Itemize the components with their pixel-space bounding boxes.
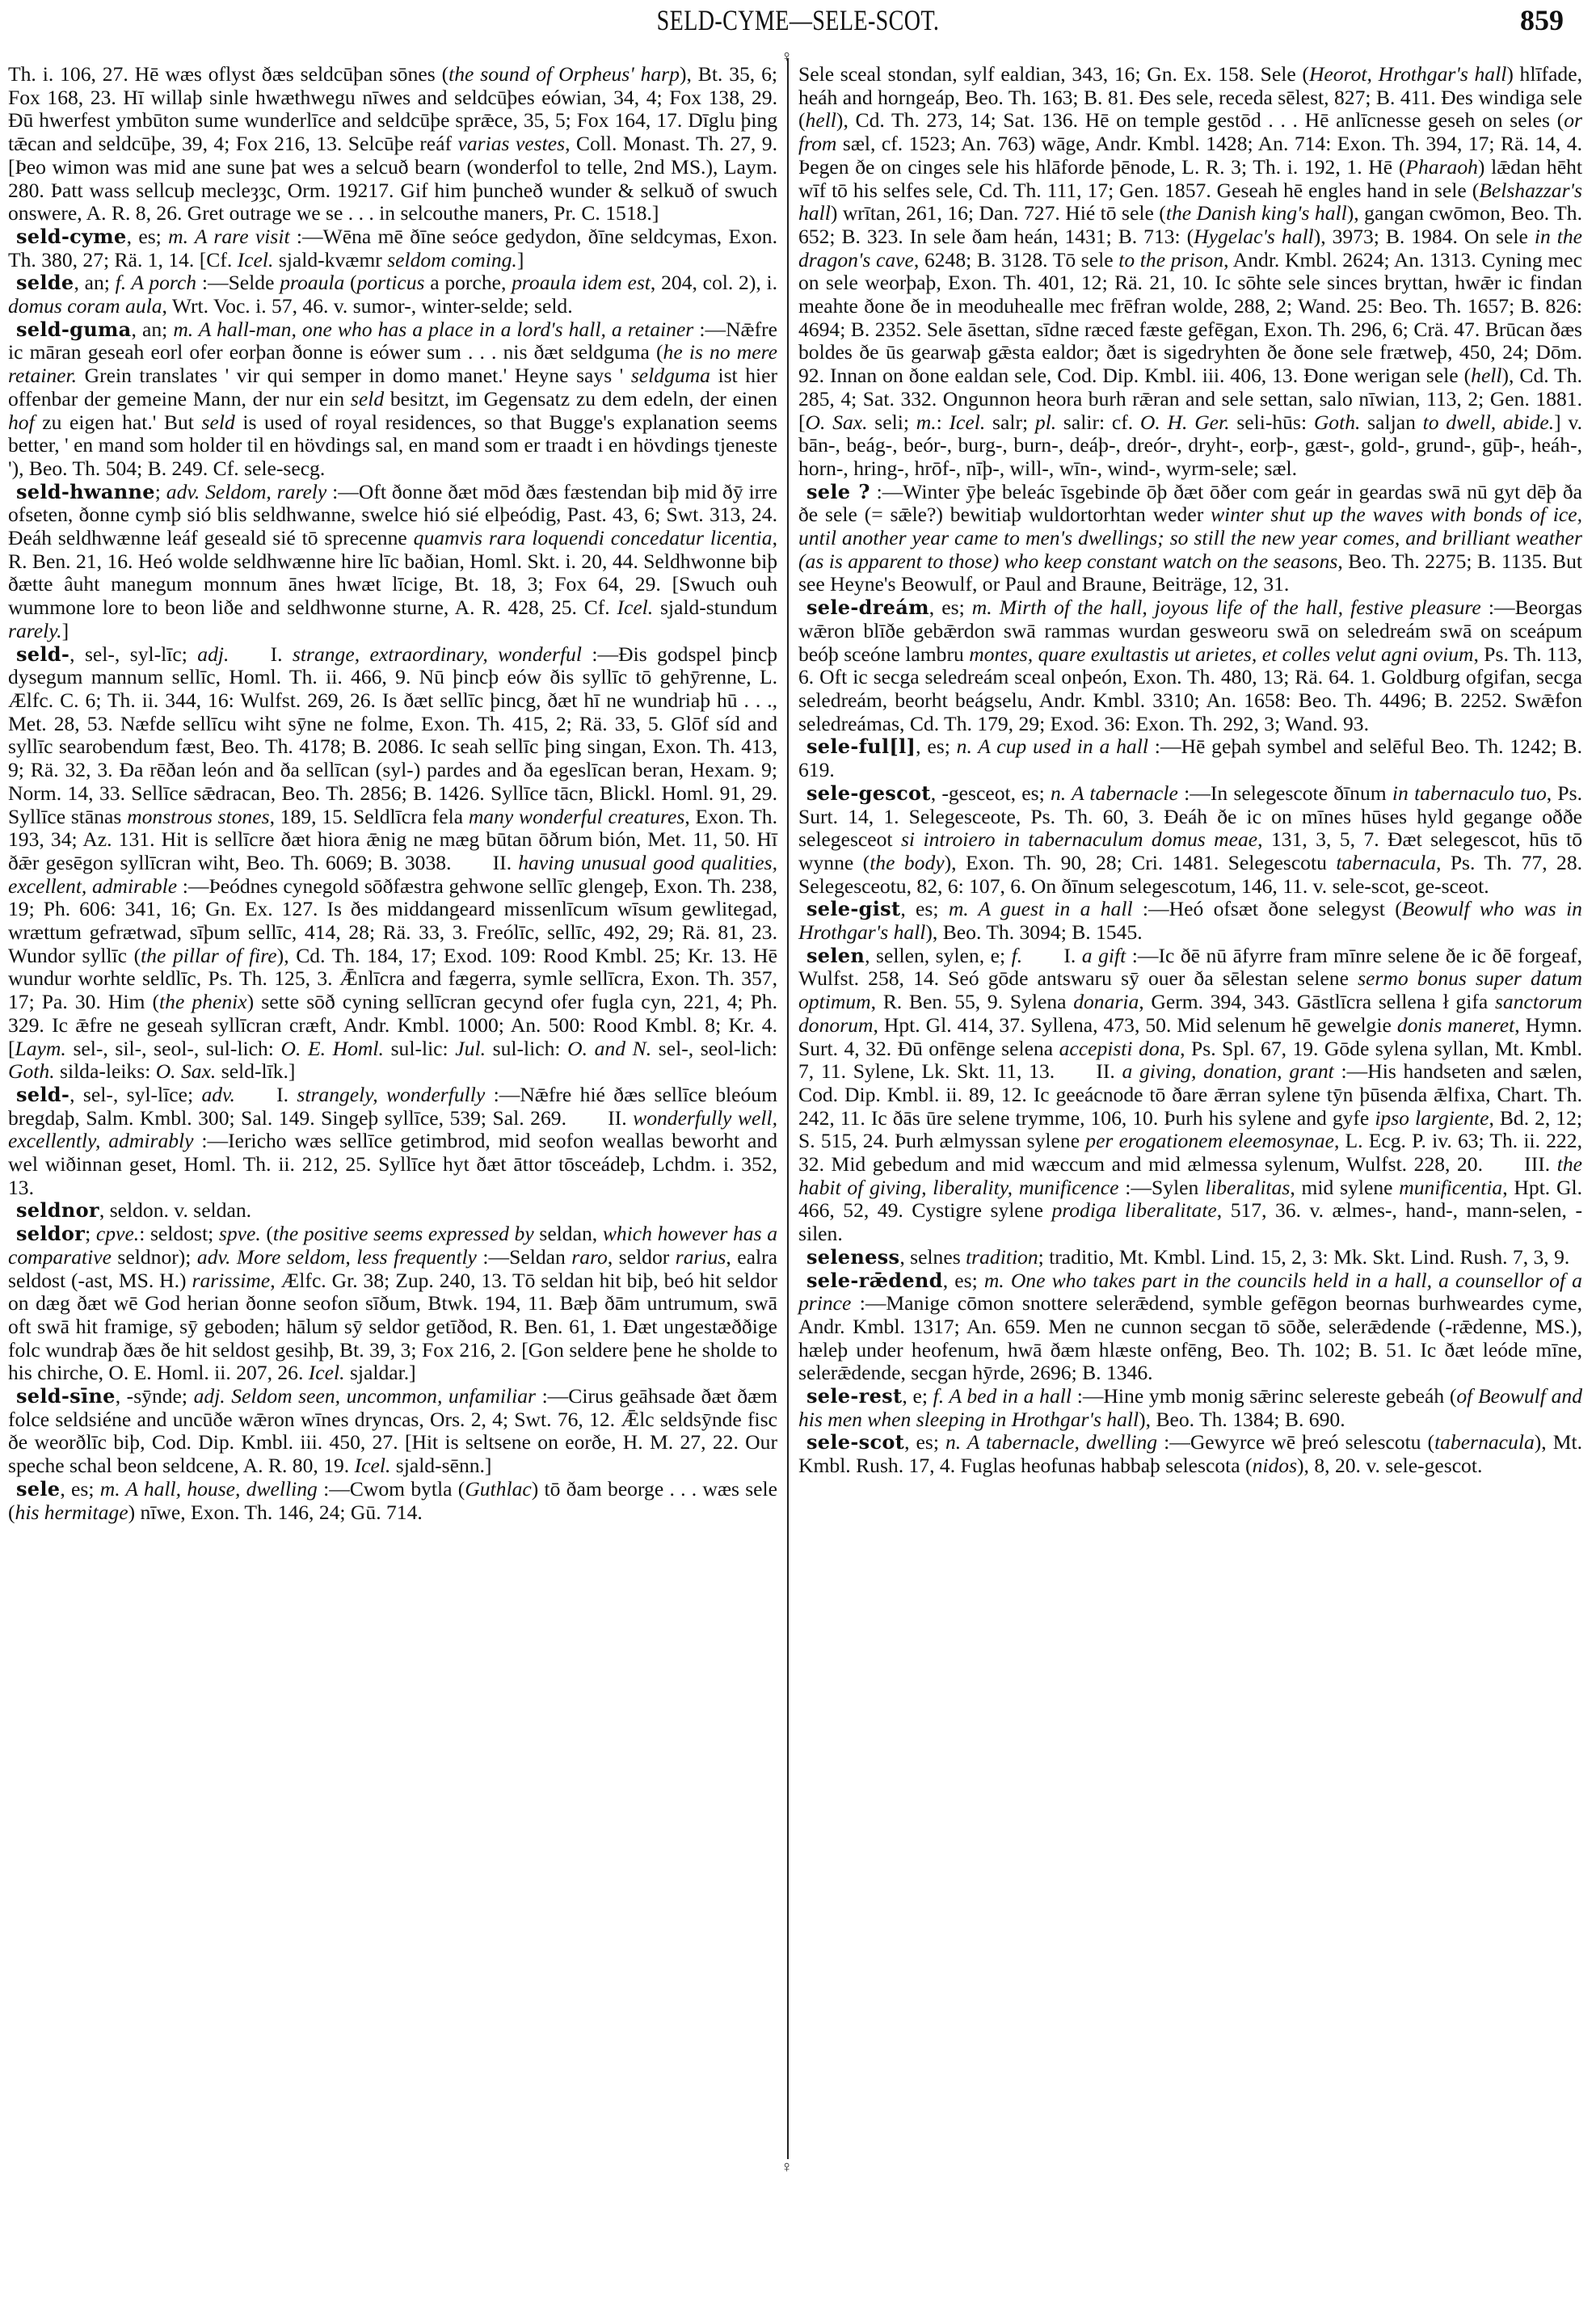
entry-text: a porche, (424, 271, 512, 294)
entry-text: ] (62, 619, 69, 642)
entry-text: , -gesceot, es; (931, 781, 1051, 805)
entry-text: saljan (1360, 410, 1422, 434)
headword: sele-ful[l] (806, 735, 916, 758)
italic-gloss: a gift (1082, 944, 1126, 967)
italic-gloss: rarissime (192, 1269, 271, 1292)
italic-gloss: spve. (219, 1222, 261, 1245)
entry-text: , e; (902, 1384, 933, 1408)
entry-text: , es; (916, 735, 957, 758)
italic-gloss: quamvis rara loquendi concedatur licenti… (414, 526, 773, 549)
entry-text: :—In selegescote ðīnum (1178, 781, 1392, 805)
left-column: Th. i. 106, 27. Hē wæs oflyst ðæs seldcū… (8, 63, 777, 1524)
entry-text: ; (155, 480, 166, 503)
italic-gloss: f. A porch (116, 271, 196, 294)
headword: seld- (16, 1083, 69, 1106)
italic-gloss: munificentia (1399, 1176, 1502, 1199)
italic-gloss: tradition (966, 1245, 1038, 1269)
italic-gloss: to dwell, abide. (1423, 410, 1555, 434)
entry-text: ), Exon. Th. 90, 28; Cri. 1481. Selegesc… (945, 851, 1337, 874)
entry-continuation: Sele sceal stondan, sylf ealdian, 343, 1… (798, 63, 1582, 481)
entry-text: ; (85, 1222, 96, 1245)
italic-gloss: many wonderful creatures (469, 805, 685, 828)
dictionary-entry: selde, an; f. A porch :—Selde proaula (p… (8, 272, 777, 318)
running-head: SELD-CYME—SELE-SCOT. 859 (0, 0, 1596, 42)
italic-gloss: Icel. (238, 248, 274, 272)
headword: seld-guma (16, 318, 132, 341)
page-number: 859 (1520, 3, 1564, 37)
dictionary-entry: seld-hwanne; adv. Seldom, rarely :—Oft ð… (8, 481, 777, 643)
entry-text: , 204, col. 2), i. (651, 271, 777, 294)
dictionary-entry: seld-sīne, -sȳnde; adj. Seldom seen, unc… (8, 1385, 777, 1478)
entry-text: sjald-stundum (653, 596, 777, 619)
italic-gloss: f. A bed in a hall (933, 1384, 1072, 1408)
italic-gloss: monstrous stones (127, 805, 269, 828)
headword: sele-scot (806, 1430, 904, 1454)
italic-gloss: Pharaoh (1405, 155, 1478, 179)
dictionary-entry: seld-, sel-, syl-līc; adj. I. strange, e… (8, 643, 777, 1084)
entry-text: ), Beo. Th. 3094; B. 1545. (925, 920, 1142, 944)
entry-text: sul-lic: (384, 1037, 455, 1060)
italic-gloss: rarius (676, 1245, 726, 1269)
italic-gloss: Jul. (455, 1037, 486, 1060)
entry-text: , es; (127, 225, 169, 248)
entry-text: seli-hūs: (1230, 410, 1314, 434)
italic-gloss: O. Sax. (806, 410, 868, 434)
italic-gloss: accepisti dona (1059, 1037, 1181, 1060)
entry-text: , 6248; B. 3128. Tō sele (914, 248, 1118, 272)
italic-gloss: seld (202, 410, 235, 434)
headword: sele-dreám (806, 596, 929, 619)
entry-text: :—Sylen (1119, 1176, 1206, 1199)
entry-text: :—Heó ofsæt ðone selegyst ( (1133, 897, 1402, 920)
italic-gloss: adv. More seldom, less frequently (197, 1245, 477, 1269)
entry-text: ; traditio, Mt. Kmbl. Lind. 15, 2, 3: Mk… (1038, 1245, 1570, 1269)
entry-text: , sel-, syl-līc; (69, 642, 197, 666)
entry-text: , es; (900, 897, 948, 920)
headword: sele-rǣdend (806, 1269, 943, 1292)
italic-gloss: per erogationem eleemosynae (1085, 1129, 1334, 1152)
italic-gloss: n. A cup used in a hall (957, 735, 1148, 758)
dictionary-entry: sele, es; m. A hall, house, dwelling :—C… (8, 1478, 777, 1524)
entry-text: , es; (943, 1269, 984, 1292)
entry-text: :—Manige cōmon snottere selerǣdend, symb… (798, 1291, 1582, 1384)
entry-text: sjald-sēnn.] (390, 1454, 491, 1477)
italic-gloss: varias vestes (458, 132, 566, 155)
italic-gloss: a giving, donation, grant (1122, 1059, 1334, 1083)
italic-gloss: m. (916, 410, 937, 434)
italic-gloss: rarely. (8, 619, 62, 642)
dictionary-entry: seldnor, seldon. v. seldan. (8, 1199, 777, 1223)
entry-text: I. (1022, 944, 1082, 967)
entry-text: ) wrītan, 261, 16; Dan. 727. Hié tō sele… (831, 201, 1166, 225)
italic-gloss: adj. (197, 642, 229, 666)
italic-gloss: Icel. (949, 410, 985, 434)
italic-gloss: Guthlac (465, 1477, 531, 1501)
headword: sele ? (806, 480, 870, 503)
dictionary-entry: seld-guma, an; m. A hall-man, one who ha… (8, 318, 777, 481)
italic-gloss: O. E. Homl. (280, 1037, 383, 1060)
italic-gloss: f. (1012, 944, 1023, 967)
entry-text: ), 3973; B. 1984. On sele (1314, 225, 1535, 248)
entry-text: :—Ðis godspel þincþ dysegum mannum sellī… (8, 642, 777, 828)
entry-text: sjaldar.] (345, 1361, 416, 1384)
italic-gloss: donis maneret (1397, 1013, 1514, 1037)
italic-gloss: adv. (201, 1083, 234, 1106)
headword: seld- (16, 642, 69, 666)
entry-text: :—Cwom bytla ( (318, 1477, 465, 1501)
italic-gloss: si introiero in tabernaculum domus meae (901, 827, 1257, 851)
italic-gloss: his hermitage (15, 1501, 128, 1524)
italic-gloss: m. A guest in a hall (949, 897, 1133, 920)
italic-gloss: ipso largiente (1375, 1106, 1489, 1130)
entry-text: I. (235, 1083, 297, 1106)
entry-text: , es; (929, 596, 972, 619)
italic-gloss: the sound of Orpheus' harp (448, 62, 680, 86)
entry-text: ), Beo. Th. 1384; B. 690. (1139, 1408, 1345, 1431)
italic-gloss: tabernacula (1336, 851, 1436, 874)
entry-text: :—Hine ymb monig sǣrinc selereste gebeáh… (1072, 1384, 1456, 1408)
italic-gloss: seldom coming. (387, 248, 517, 272)
entry-text: : seldost; (139, 1222, 219, 1245)
italic-gloss: donaria (1073, 990, 1139, 1013)
italic-gloss: pl. (1035, 410, 1056, 434)
entry-text: :—Selde (196, 271, 280, 294)
dictionary-entry: sele-rǣdend, es; m. One who takes part i… (798, 1269, 1582, 1386)
entry-text: ), Cd. Th. 273, 14; Sat. 136. Hē on temp… (836, 108, 1564, 132)
italic-gloss: adv. Seldom, rarely (166, 480, 327, 503)
entry-text: , selnes (899, 1245, 966, 1269)
entry-text: ), 8, 20. v. sele-gescot. (1297, 1454, 1482, 1477)
italic-gloss: to the prison (1118, 248, 1223, 272)
italic-gloss: seld (351, 387, 384, 410)
entry-text: Th. i. 106, 27. Hē wæs oflyst ðæs seldcū… (8, 62, 448, 86)
italic-gloss: O. and N. (567, 1037, 651, 1060)
italic-gloss: O. H. Ger. (1140, 410, 1230, 434)
italic-gloss: Icel. (355, 1454, 391, 1477)
italic-gloss: the pillar of fire (141, 944, 277, 967)
italic-gloss: in tabernaculo tuo (1392, 781, 1547, 805)
entry-text: Sele sceal stondan, sylf ealdian, 343, 1… (798, 62, 1309, 86)
entry-text: , an; (132, 318, 174, 341)
dictionary-entry: seldor; cpve.: seldost; spve. (the posit… (8, 1223, 777, 1385)
entry-text: :—Gewyrce wē þreó selescotu ( (1157, 1430, 1434, 1454)
dictionary-entry: selen, sellen, sylen, e; f. I. a gift :—… (798, 945, 1582, 1246)
entry-text: , seldor (608, 1245, 676, 1269)
entry-text: , seldon. v. seldan. (99, 1198, 251, 1222)
italic-gloss: Hygelac's hall (1194, 225, 1314, 248)
running-title: SELD-CYME—SELE-SCOT. (175, 3, 1421, 37)
entry-text: , sellen, sylen, e; (865, 944, 1012, 967)
entry-text: I. (229, 642, 293, 666)
entry-text: , -sȳnde; (116, 1384, 194, 1408)
headword: seld-hwanne (16, 480, 155, 503)
entry-text: , 189, 15. Seldlīcra fela (270, 805, 469, 828)
headword: sele-rest (806, 1384, 902, 1408)
italic-gloss: the phenix (159, 990, 247, 1013)
entry-text: sel-, seol-lich: (651, 1037, 777, 1060)
italic-gloss: strangely, wonderfully (297, 1083, 485, 1106)
entry-text: seldan, (534, 1222, 603, 1245)
entry-text: ( (261, 1222, 273, 1245)
entry-text: sel-, sil-, seol-, sul-lich: (66, 1037, 281, 1060)
headword: seld-cyme (16, 225, 127, 248)
entry-text: ] (517, 248, 524, 272)
entry-text: salr; (985, 410, 1035, 434)
dictionary-entry: sele-gist, es; m. A guest in a hall :—He… (798, 898, 1582, 944)
italic-gloss: Icel. (309, 1361, 345, 1384)
italic-gloss: Heorot, Hrothgar's hall (1309, 62, 1506, 86)
entry-text: Grein translates ' vir qui semper in dom… (77, 364, 631, 387)
entry-text: silda-leiks: (55, 1059, 156, 1083)
italic-gloss: O. Sax. (156, 1059, 217, 1083)
entry-text: , mid sylene (1290, 1176, 1399, 1199)
headword: seldnor (16, 1198, 99, 1222)
entry-continuation: Th. i. 106, 27. Hē wæs oflyst ðæs seldcū… (8, 63, 777, 225)
dictionary-entry: seleness, selnes tradition; traditio, Mt… (798, 1246, 1582, 1269)
italic-gloss: Goth. (8, 1059, 55, 1083)
entry-text: , es; (904, 1430, 945, 1454)
dictionary-body: Th. i. 106, 27. Hē wæs oflyst ðæs seldcū… (0, 63, 1596, 2204)
italic-gloss: porticus (357, 271, 425, 294)
italic-gloss: proaula (280, 271, 344, 294)
entry-text: sul-lich: (486, 1037, 567, 1060)
dictionary-entry: sele-dreám, es; m. Mirth of the hall, jo… (798, 596, 1582, 735)
dictionary-entry: sele-gescot, -gesceot, es; n. A tabernac… (798, 782, 1582, 899)
entry-text: , Hpt. Gl. 414, 37. Syllena, 473, 50. Mi… (873, 1013, 1396, 1037)
italic-gloss: cpve. (96, 1222, 139, 1245)
italic-gloss: nidos (1253, 1454, 1297, 1477)
headword: selen (806, 944, 865, 967)
italic-gloss: m. A rare visit (168, 225, 289, 248)
italic-gloss: prodiga liberalitate (1051, 1198, 1216, 1222)
italic-gloss: raro (571, 1245, 608, 1269)
italic-gloss: m. A hall-man, one who has a place in a … (173, 318, 693, 341)
right-column: Sele sceal stondan, sylf ealdian, 343, 1… (798, 63, 1582, 1478)
entry-text: : (937, 410, 950, 434)
headword: seldor (16, 1222, 85, 1245)
entry-text: zu eigen hat.' But (35, 410, 202, 434)
entry-text: , Germ. 394, 343. Gāstlīcra sellena ł gi… (1139, 990, 1495, 1013)
entry-text: seld-līk.] (216, 1059, 295, 1083)
italic-gloss: m. Mirth of the hall, joyous life of the… (972, 596, 1481, 619)
dictionary-entry: sele-rest, e; f. A bed in a hall :—Hine … (798, 1385, 1582, 1431)
entry-text: , R. Ben. 55, 9. Sylena (871, 990, 1074, 1013)
italic-gloss: n. A tabernacle (1051, 781, 1178, 805)
headword: sele-gist (806, 897, 900, 920)
entry-text: :—Seldan (477, 1245, 571, 1269)
italic-gloss: hell (806, 108, 836, 132)
entry-text: , es; (60, 1477, 99, 1501)
dictionary-entry: sele ? :—Winter ȳþe beleác īsgebinde ōþ … (798, 481, 1582, 597)
italic-gloss: n. A tabernacle, dwelling (945, 1430, 1157, 1454)
dictionary-entry: sele-scot, es; n. A tabernacle, dwelling… (798, 1431, 1582, 1477)
italic-gloss: montes, quare exultastis ut arietes, et … (969, 642, 1473, 666)
italic-gloss: hof (8, 410, 35, 434)
headword: seld-sīne (16, 1384, 116, 1408)
dictionary-entry: seld-cyme, es; m. A rare visit :—Wēna mē… (8, 225, 777, 272)
italic-gloss: the positive seems expressed by (273, 1222, 534, 1245)
entry-text: ) nīwe, Exon. Th. 146, 24; Gū. 714. (128, 1501, 423, 1524)
headword: seleness (806, 1245, 899, 1269)
italic-gloss: proaula idem est (512, 271, 651, 294)
italic-gloss: Goth. (1314, 410, 1361, 434)
entry-text: sjald-kvæmr (273, 248, 387, 272)
dictionary-entry: sele-ful[l], es; n. A cup used in a hall… (798, 735, 1582, 781)
italic-gloss: adj. Seldom seen, uncommon, unfamiliar (194, 1384, 536, 1408)
italic-gloss: seldguma (631, 364, 710, 387)
italic-gloss: tabernacula (1434, 1430, 1535, 1454)
headword: sele (16, 1477, 60, 1501)
italic-gloss: domus coram aula (8, 294, 162, 318)
entry-text: , sel-, syl-līce; (69, 1083, 201, 1106)
entry-text: seldnor); (112, 1245, 197, 1269)
entry-text: ( (344, 271, 356, 294)
entry-text: , an; (74, 271, 115, 294)
italic-gloss: strange, extraordinary, wonderful (293, 642, 582, 666)
entry-text: , Wrt. Voc. i. 57, 46. v. sumor-, winter… (162, 294, 573, 318)
entry-text: besitzt, im Gegensatz zu dem edeln, der … (384, 387, 777, 410)
entry-text: salir: cf. (1056, 410, 1140, 434)
italic-gloss: the body (870, 851, 944, 874)
headword: selde (16, 271, 74, 294)
headword: sele-gescot (806, 781, 931, 805)
italic-gloss: m. A hall, house, dwelling (100, 1477, 318, 1501)
dictionary-entry: seld-, sel-, syl-līce; adv. I. strangely… (8, 1084, 777, 1200)
italic-gloss: Icel. (617, 596, 653, 619)
italic-gloss: the Danish king's hall (1166, 201, 1347, 225)
entry-text: seli; (868, 410, 916, 434)
italic-gloss: hell (1471, 364, 1501, 387)
italic-gloss: liberalitas (1205, 1176, 1290, 1199)
italic-gloss: Laym. (15, 1037, 66, 1060)
